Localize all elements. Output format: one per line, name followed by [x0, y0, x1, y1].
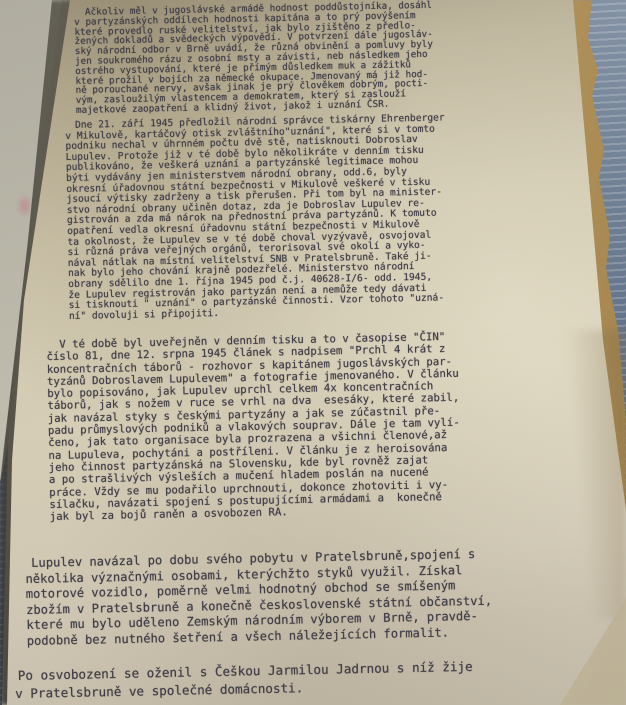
pink-stain — [16, 194, 33, 218]
photo-of-typewritten-document: Ačkoliv měl v jugoslávské armádě hodnost… — [0, 0, 626, 705]
paragraph: Po osvobození se oženil s Češkou Jarmilo… — [15, 655, 626, 702]
typed-text: Ačkoliv měl v jugoslávské armádě hodnost… — [0, 0, 626, 705]
paragraph: Dne 21. září 1945 předložil národní sprá… — [65, 110, 626, 322]
paragraph: Ačkoliv měl v jugoslávské armádě hodnost… — [74, 0, 626, 116]
paragraph: Lupulev navázal po dobu svého pobytu v P… — [25, 543, 626, 649]
paragraph: V té době byl uveřejněn v denním tisku a… — [46, 327, 626, 523]
